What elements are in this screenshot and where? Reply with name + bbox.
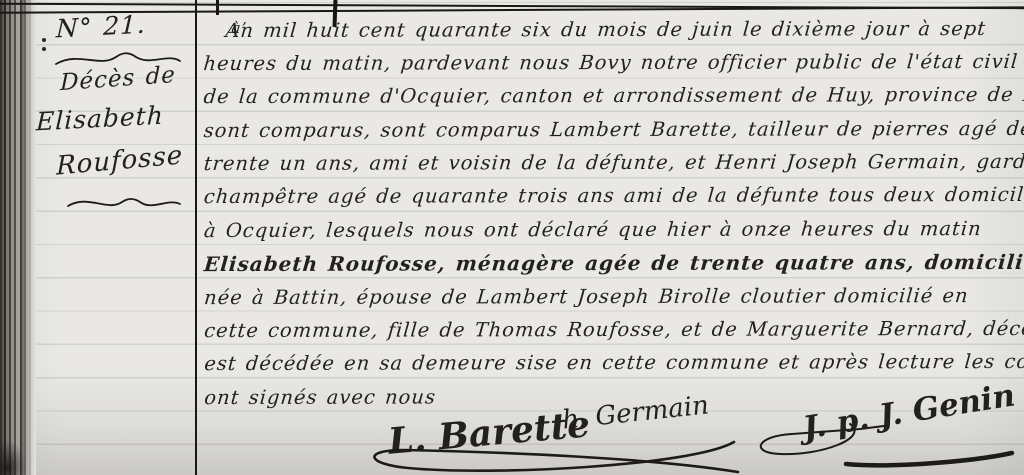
record-line-6: champêtre agé de quarante trois ans ami … xyxy=(204,183,1024,215)
record-line-1: à’ An mil huit cent quarante six du mois… xyxy=(225,17,986,49)
record-line-7: à Ocquier, lesquels nous ont déclaré que… xyxy=(204,217,982,249)
record-line-2: heures du matin, pardevant nous Bovy not… xyxy=(204,50,1019,82)
margin-title-lastname: Roufosse xyxy=(55,141,184,182)
record-line-12: ont signés avec nous xyxy=(204,385,436,416)
margin-rule-line xyxy=(195,0,197,475)
signature-flourish-genin xyxy=(840,448,1020,470)
record-line-9: née à Battin, épouse de Lambert Joseph B… xyxy=(204,284,968,316)
margin-column: N° 21. Décès de Elisabeth Roufosse xyxy=(30,0,192,475)
flourish-divider-bottom xyxy=(64,192,184,218)
record-line-10: cette commune, fille de Thomas Roufosse,… xyxy=(204,317,1024,349)
record-line-5: trente un ans, ami et voisin de la défun… xyxy=(204,150,1024,182)
record-line-4: sont comparus, sont comparus Lambert Bar… xyxy=(204,117,1024,149)
signature-flourish-barette xyxy=(352,428,742,474)
act-body-text: à’ An mil huit cent quarante six du mois… xyxy=(203,13,1022,415)
margin-title-firstname: Elisabeth xyxy=(35,101,164,137)
record-line-3: de la commune d'Ocquier, canton et arron… xyxy=(204,83,1024,115)
binding-ink-blob xyxy=(0,440,26,475)
top-pen-stroke xyxy=(216,0,219,15)
act-number: N° 21. xyxy=(55,10,146,44)
record-line-8: Elisabeth Roufosse, ménagère agée de tre… xyxy=(204,250,1024,283)
scanned-death-record-page: N° 21. Décès de Elisabeth Roufosse à’ An… xyxy=(0,0,1024,475)
record-line-11: est décédée en sa demeure sise en cette … xyxy=(204,350,1024,382)
